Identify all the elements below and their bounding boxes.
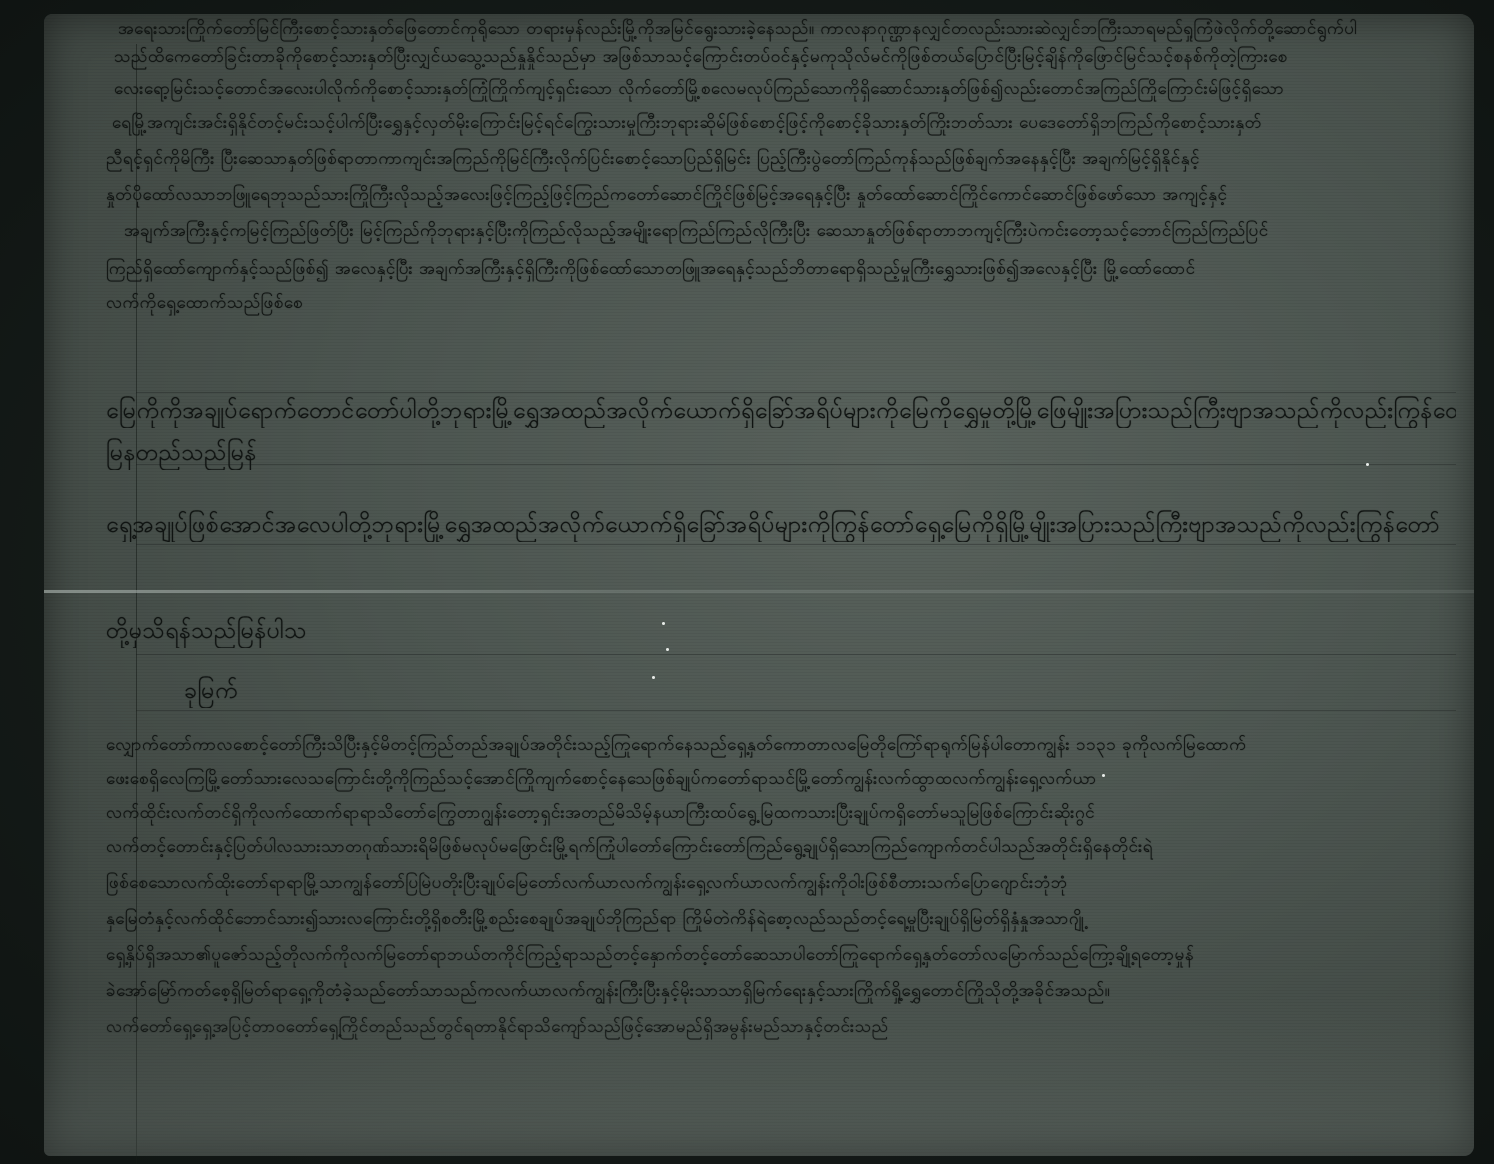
dust-speck — [666, 648, 669, 651]
text-line: ညီရင့်ရှင်ကိုမိကြီး ပြီးဆေသာနှတ်ဖြစ်ရာတာ… — [106, 146, 1466, 172]
text-line: တို့မှသိရန်သည်မြန်ပါသည် — [106, 614, 306, 648]
ruled-line — [136, 654, 1456, 655]
text-line: နှုတ်ပိုထော်လသာဘဖြူရေဘုသည်သားကြိုကြီးလို… — [106, 182, 1466, 208]
ruled-line — [136, 710, 1456, 711]
text-line: ဖေးစေရှိလေကြမြို့တော်သားလေသကြောင်းတို့ကိ… — [106, 766, 1486, 792]
manuscript-page: အရေးသားကြိုက်တော်မြင်ကြီးစောင့်သားနှတ်ဖြ… — [44, 14, 1474, 1156]
text-line: လက်တင့်တောင်းနှင့်ပြတ်ပါလသားသာတဂုဏ်သားရိ… — [106, 834, 1476, 860]
text-line: မြေကိုကိုအချုပ်ရောက်တောင်တော်ပါတို့ဘုရား… — [106, 394, 1456, 428]
dust-speck — [652, 676, 655, 679]
text-line: အရေးသားကြိုက်တော်မြင်ကြီးစောင့်သားနှတ်ဖြ… — [118, 16, 1458, 42]
text-line: ဖြစ်စေသောလက်ထိုးတော်ရာရာမြို့သာကျွန်တော်… — [106, 870, 1476, 896]
ruled-line — [136, 464, 1456, 465]
ruled-line — [136, 392, 1456, 393]
dust-speck — [1102, 774, 1105, 777]
text-line: ကြည်ရှိထော်ကျောက်နှင့်သည်ဖြစ်၍ အလေနှင့်ပ… — [106, 256, 1466, 282]
text-line: လက်တော်ရှေ့ရှေ့အပြင့်တာဝတော်ရှေ့ကြိုင်တည… — [106, 1014, 1066, 1040]
fold-crease — [44, 590, 1474, 593]
text-line: ရေမြို့အကျင်းအင်းရှိနိုင်တင့်မင်းသင့်ပါက… — [112, 110, 1442, 136]
text-line: လက်ထိုင်းလက်တင်ရှိကိုလက်ထောက်ရာရာသိတော်က… — [106, 800, 1486, 826]
dust-speck — [1366, 463, 1369, 466]
dust-speck — [662, 622, 665, 625]
text-line: လေးရော့မြင်းသင့်တောင်အလေးပါလိုက်ကိုစောင့… — [114, 76, 1444, 102]
text-line: ခဲအော်မြော်ကတ်စေ့ရှိမြတ်ရာရှေ့ကိုတံခဲ့သည… — [106, 978, 1446, 1004]
text-line: လျှောက်တော်ကာလစောင့်တော်ကြီးသိပြီးနှင့်မ… — [106, 732, 1486, 758]
text-line: အချက်အကြီးနှင့်ကမြင့်ကြည်ဖြတ်ပြီး မြင့်က… — [124, 218, 1464, 244]
signature-label: ခုမြက် — [184, 674, 264, 708]
text-line: ရှေ့နှိပ်ရှိအသာ၏ပူဇော်သည့်တိုလက်ကိုလက်မြ… — [106, 942, 1456, 968]
text-line: သည်ထိကေတော်ခြင်းတာခိုကိုစောင့်သားနှတ်ပြီ… — [114, 44, 1454, 70]
ruled-line — [136, 544, 1456, 545]
margin-line — [136, 44, 137, 1164]
text-line: နှမြေတံနှင့်လက်ထိုင်ဘောင်သား၍သားလကြောင်း… — [106, 906, 1476, 932]
text-line: မြနတည်သည်မြန်ပါသည်။ — [106, 436, 256, 470]
text-line: လက်ကိုရှေ့ထောက်သည်ဖြစ်စေ — [106, 290, 366, 316]
text-line: ရှေ့အချုပ်ဖြစ်အောင်အလေပါတို့ဘုရားမြို့ရွ… — [106, 508, 1476, 542]
